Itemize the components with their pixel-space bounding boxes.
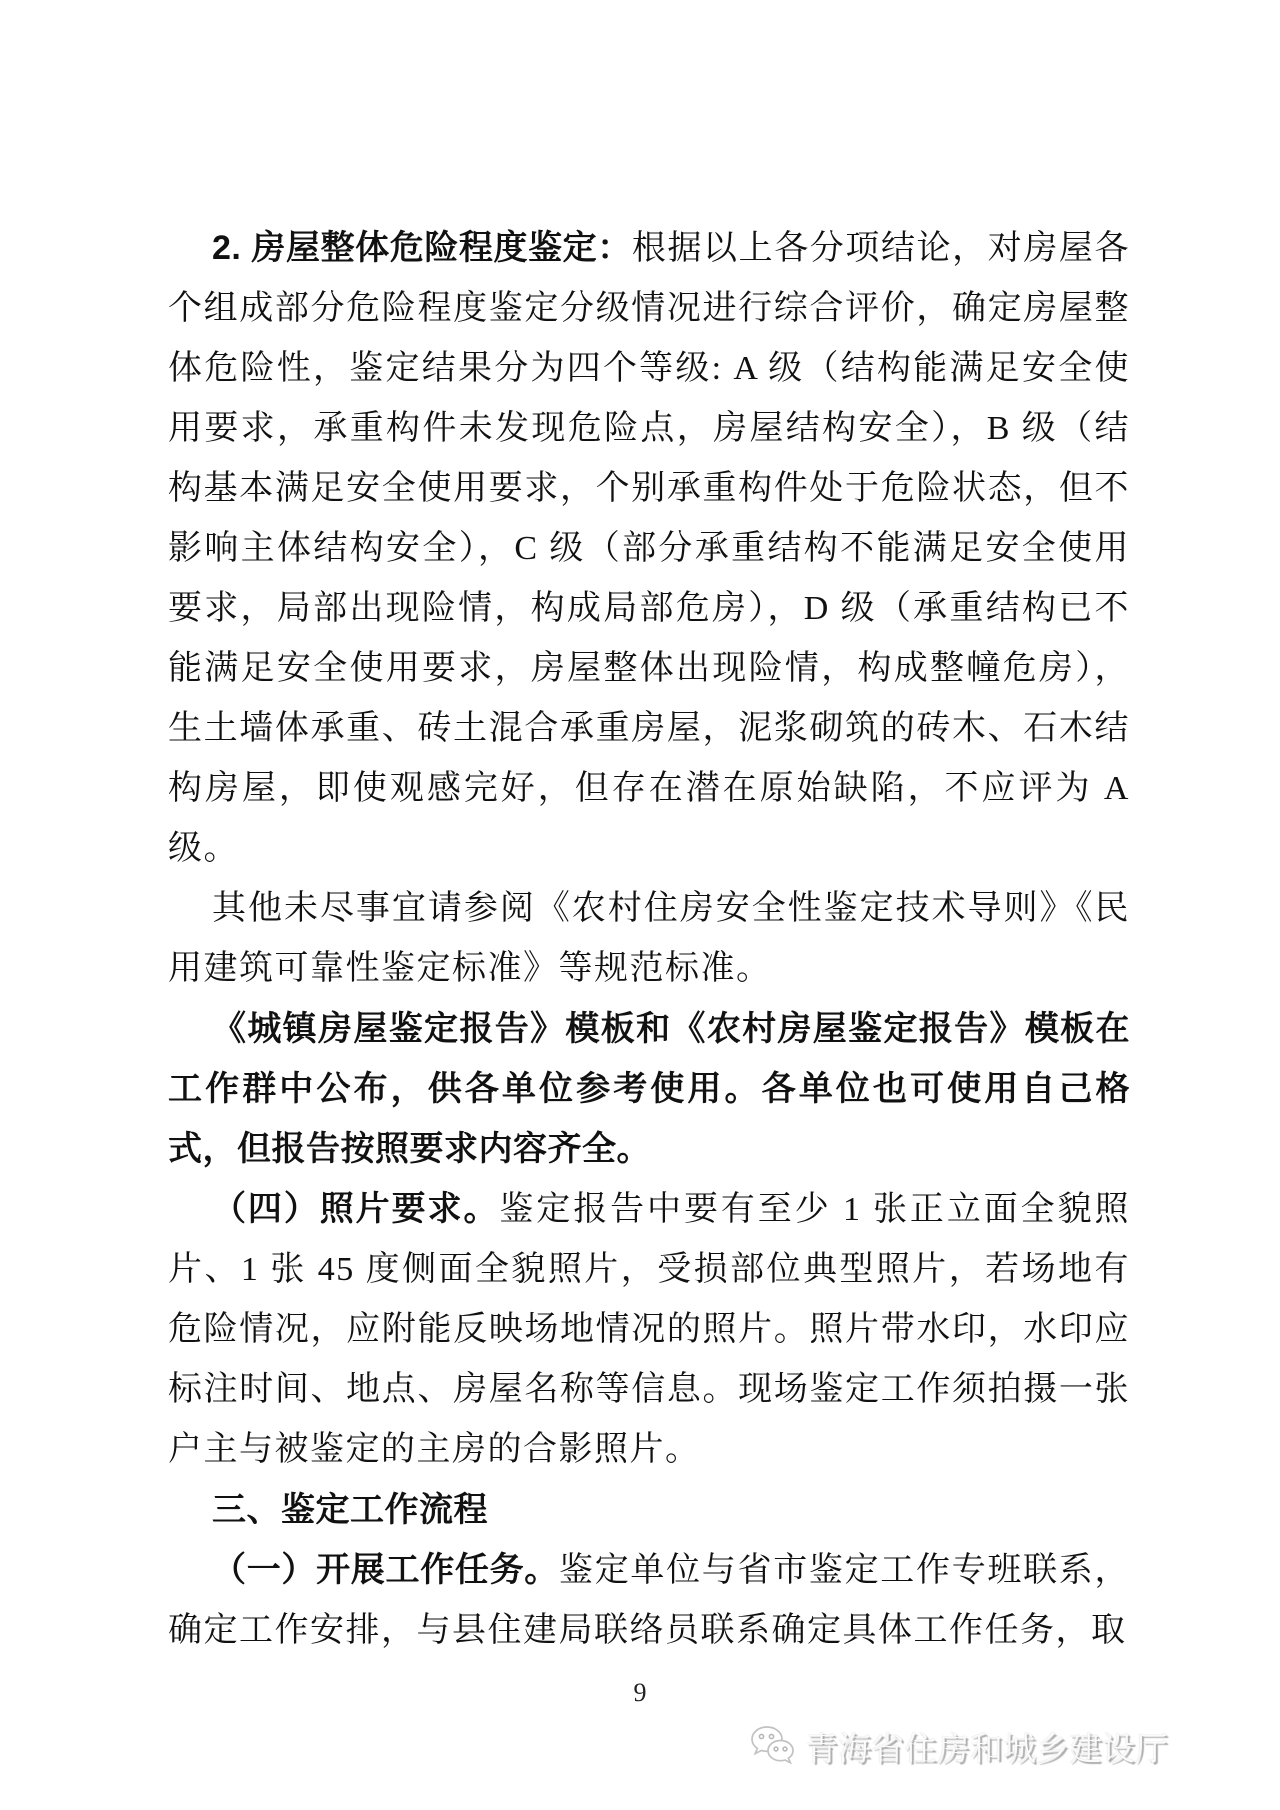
paragraph-text: 根据以上各分项结论，对房屋各个组成部分危险程度鉴定分级情况进行综合评价，确定房屋… xyxy=(168,230,1130,867)
wechat-icon xyxy=(746,1724,798,1774)
paragraph-report-templates: 《城镇房屋鉴定报告》模板和《农村房屋鉴定报告》模板在工作群中公布，供各单位参考使… xyxy=(168,999,1130,1179)
paragraph-text: 鉴定报告中要有至少 1 张正立面全貌照片、1 张 45 度侧面全貌照片，受损部位… xyxy=(168,1191,1130,1468)
paragraph-lead-bold: （一）开展工作任务。 xyxy=(212,1551,559,1589)
page-number: 9 xyxy=(0,1678,1280,1708)
paragraph-overall-danger-rating: 2. 房屋整体危险程度鉴定：根据以上各分项结论，对房屋各个组成部分危险程度鉴定分… xyxy=(168,218,1130,879)
paragraph-other-standards: 其他未尽事宜请参阅《农村住房安全性鉴定技术导则》《民用建筑可靠性鉴定标准》等规范… xyxy=(168,879,1130,999)
paragraph-text: 《城镇房屋鉴定报告》模板和《农村房屋鉴定报告》模板在工作群中公布，供各单位参考使… xyxy=(168,1010,1130,1168)
footer-watermark: 青海省住房和城乡建设厅 xyxy=(746,1724,1168,1774)
document-page: 2. 房屋整体危险程度鉴定：根据以上各分项结论，对房屋各个组成部分危险程度鉴定分… xyxy=(0,0,1280,1810)
paragraph-lead-bold: 2. 房屋整体危险程度鉴定： xyxy=(212,229,632,267)
section-heading-work-flow: 三、鉴定工作流程 xyxy=(168,1480,1130,1540)
paragraph-lead-bold: （四）照片要求。 xyxy=(212,1190,499,1228)
heading-text: 三、鉴定工作流程 xyxy=(212,1491,488,1529)
paragraph-text: 其他未尽事宜请参阅《农村住房安全性鉴定技术导则》《民用建筑可靠性鉴定标准》等规范… xyxy=(168,890,1130,987)
footer-org-name: 青海省住房和城乡建设厅 xyxy=(805,1725,1168,1773)
paragraph-photo-requirements: （四）照片要求。鉴定报告中要有至少 1 张正立面全貌照片、1 张 45 度侧面全… xyxy=(168,1179,1130,1480)
paragraph-work-tasks: （一）开展工作任务。鉴定单位与省市鉴定工作专班联系，确定工作安排，与县住建局联络… xyxy=(168,1540,1130,1661)
document-body: 2. 房屋整体危险程度鉴定：根据以上各分项结论，对房屋各个组成部分危险程度鉴定分… xyxy=(168,218,1130,1661)
